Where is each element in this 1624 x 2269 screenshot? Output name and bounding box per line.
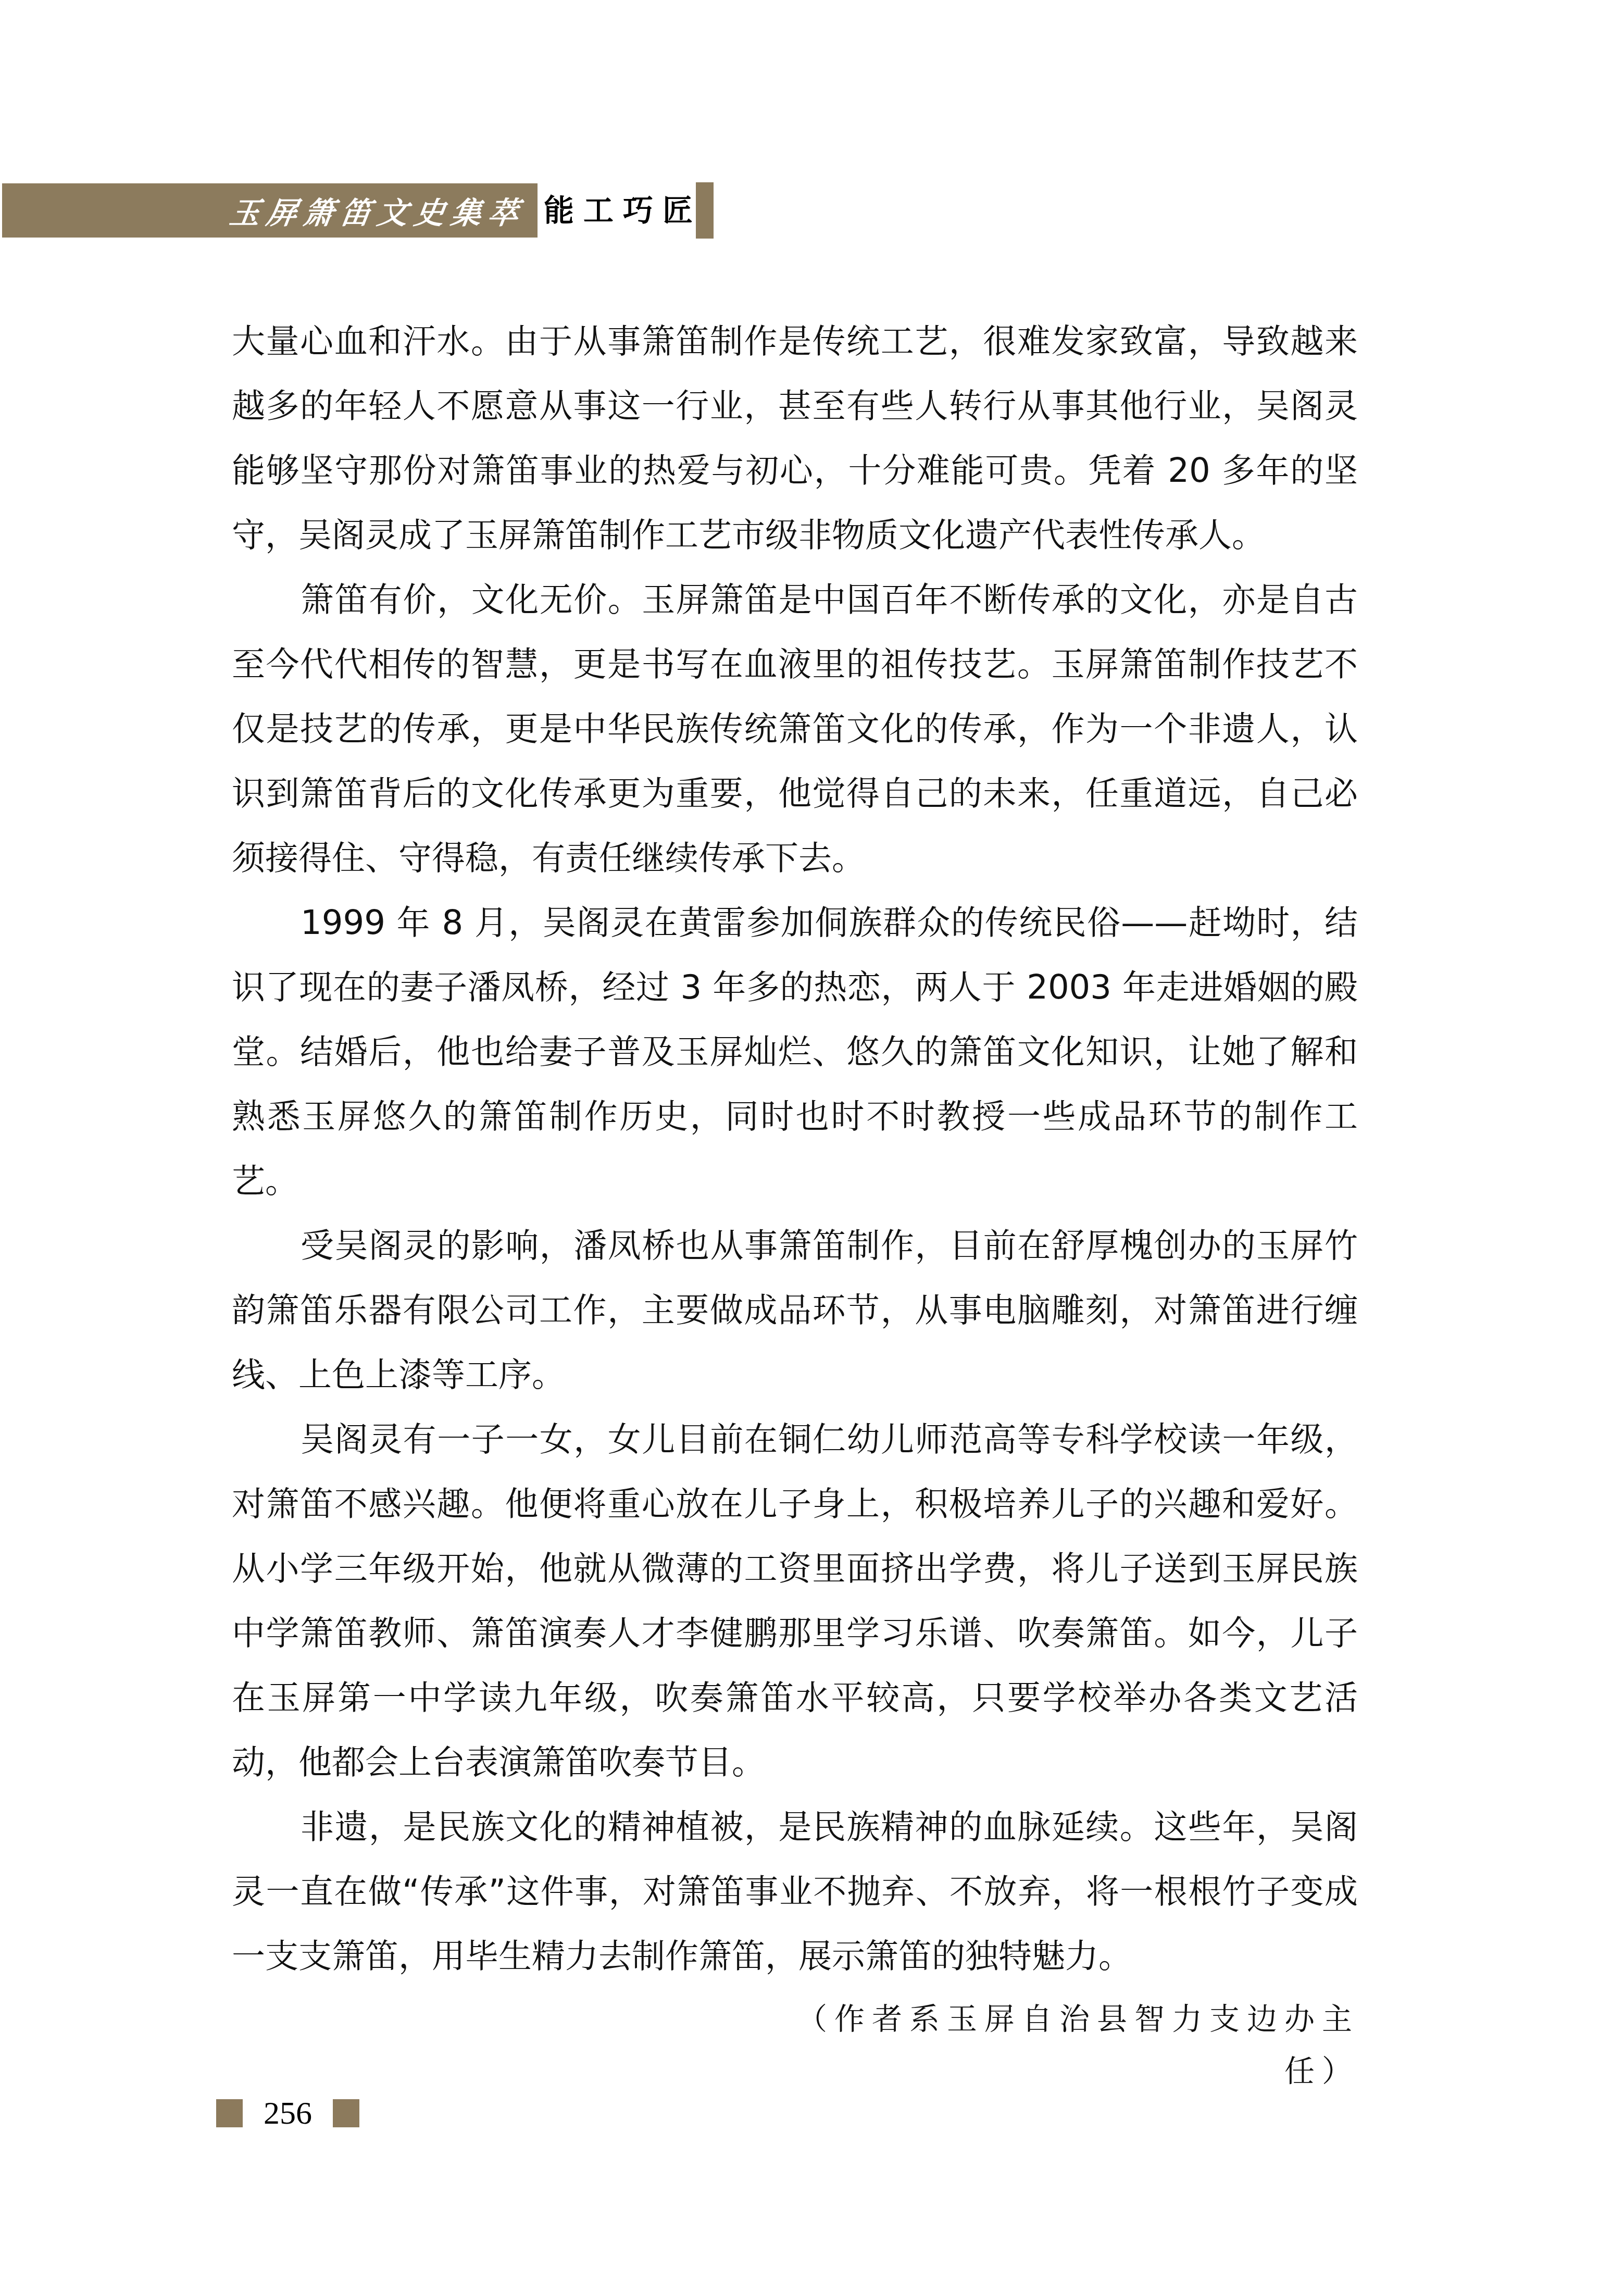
series-title-char: 玉 (226, 189, 266, 232)
page-footer: 256 (216, 2098, 359, 2128)
series-title: 玉 屏 箫 笛 文 史 集 萃 (226, 183, 525, 238)
paragraph: 非遗，是民族文化的精神植被，是民族精神的血脉延续。这些年，吴阁灵一直在做“传承”… (232, 1795, 1358, 1989)
paragraph: 箫笛有价，文化无价。玉屏箫笛是中国百年不断传承的文化，亦是自古至今代代相传的智慧… (232, 568, 1358, 891)
paragraph: 1999 年 8 月，吴阁灵在黄雷参加侗族群众的传统民俗——赶坳时，结识了现在的… (232, 891, 1358, 1214)
section-title: 能工巧匠 (544, 183, 702, 238)
series-title-char: 笛 (337, 189, 377, 232)
paragraph-continued: 大量心血和汗水。由于从事箫笛制作是传统工艺，很难发家致富，导致越来越多的年轻人不… (232, 309, 1358, 568)
series-title-char: 文 (373, 189, 413, 232)
series-title-char: 屏 (263, 189, 303, 232)
header-end-marker (696, 182, 714, 239)
series-title-char: 萃 (484, 189, 524, 232)
page-number: 256 (264, 2098, 312, 2128)
article-body: 大量心血和汗水。由于从事箫笛制作是传统工艺，很难发家致富，导致越来越多的年轻人不… (232, 309, 1358, 1989)
series-title-char: 箫 (300, 189, 340, 232)
author-note: （作者系玉屏自治县智力支边办主任） (792, 1993, 1359, 2097)
series-title-char: 史 (410, 189, 450, 232)
paragraph: 受吴阁灵的影响，潘凤桥也从事箫笛制作，目前在舒厚槐创办的玉屏竹韵箫笛乐器有限公司… (232, 1214, 1358, 1407)
paragraph: 吴阁灵有一子一女，女儿目前在铜仁幼儿师范高等专科学校读一年级，对箫笛不感兴趣。他… (232, 1407, 1358, 1795)
series-title-char: 集 (447, 189, 487, 232)
page-marker-right (333, 2099, 359, 2127)
page-marker-left (216, 2099, 243, 2127)
